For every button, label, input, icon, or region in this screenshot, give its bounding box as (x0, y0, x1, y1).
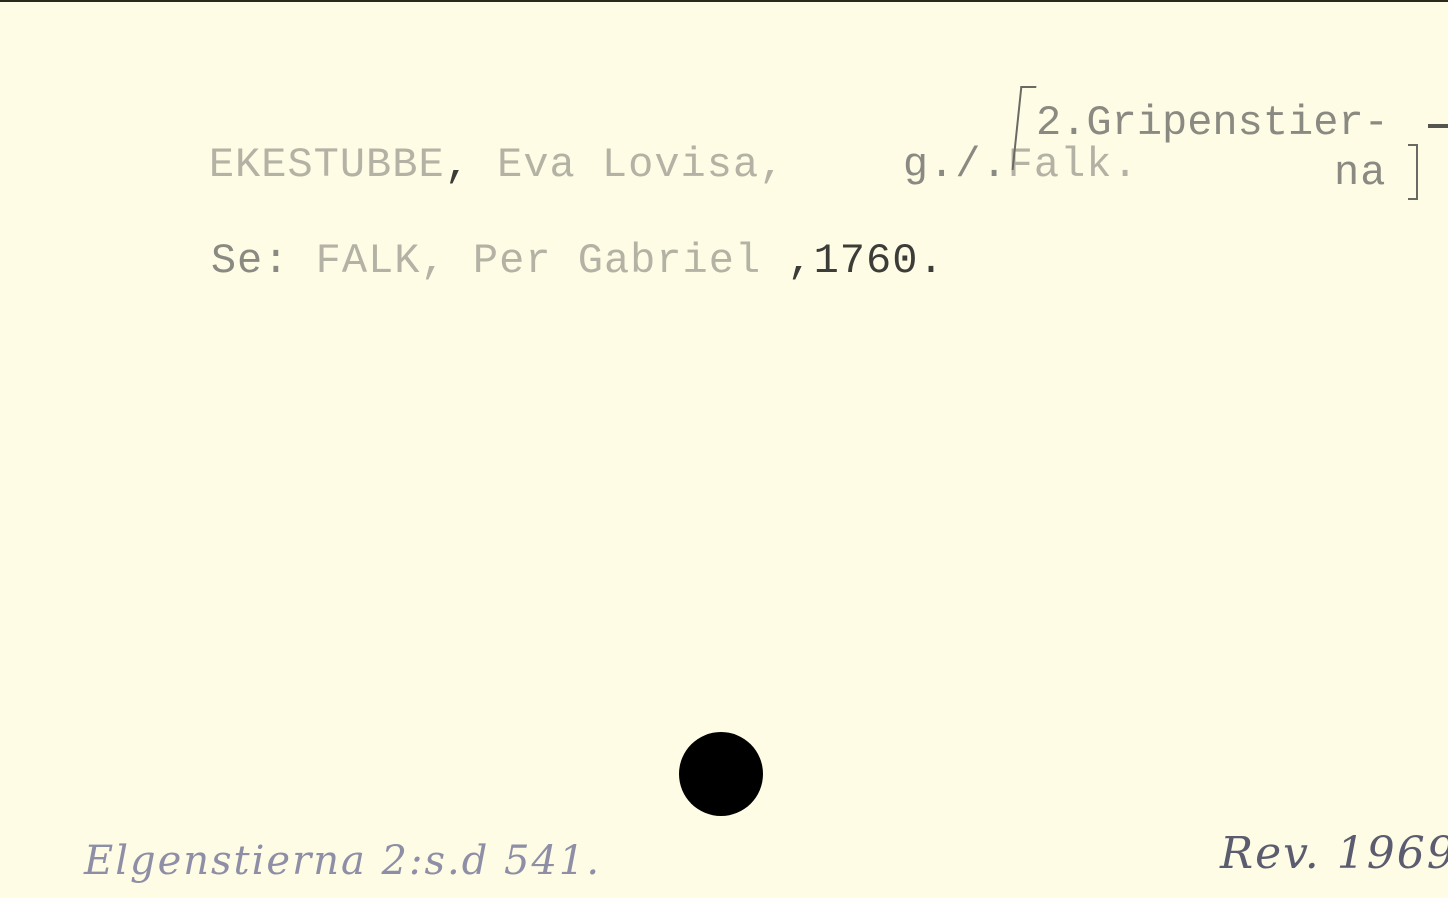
punch-hole (679, 732, 763, 816)
surname: EKESTUBBE (209, 141, 445, 189)
bracket-note: 2.Gripenstier- (1036, 102, 1389, 144)
bracket-note-continued: na (1334, 152, 1386, 194)
see-label: Se: (211, 237, 290, 285)
handwritten-revision-note: Rev. 1969 (1220, 828, 1448, 879)
reference-given-names: Per Gabriel (473, 237, 761, 285)
entry-line-2: Se: FALK, Per Gabriel ,1760. (106, 198, 945, 324)
given-names: Eva Lovisa, (497, 141, 785, 189)
line-continuation-hyphen (1428, 124, 1448, 128)
handwritten-source-reference: Elgenstierna 2:s.d 541. (84, 838, 601, 884)
comma: , (445, 141, 471, 189)
reference-surname: FALK, (316, 237, 447, 285)
married-prefix: g./. (903, 141, 1008, 189)
reference-year: ,1760. (787, 237, 944, 285)
bracket-close (1408, 144, 1418, 200)
index-card: EKESTUBBE, Eva Lovisa, g./.Falk. 2.Gripe… (0, 0, 1448, 898)
